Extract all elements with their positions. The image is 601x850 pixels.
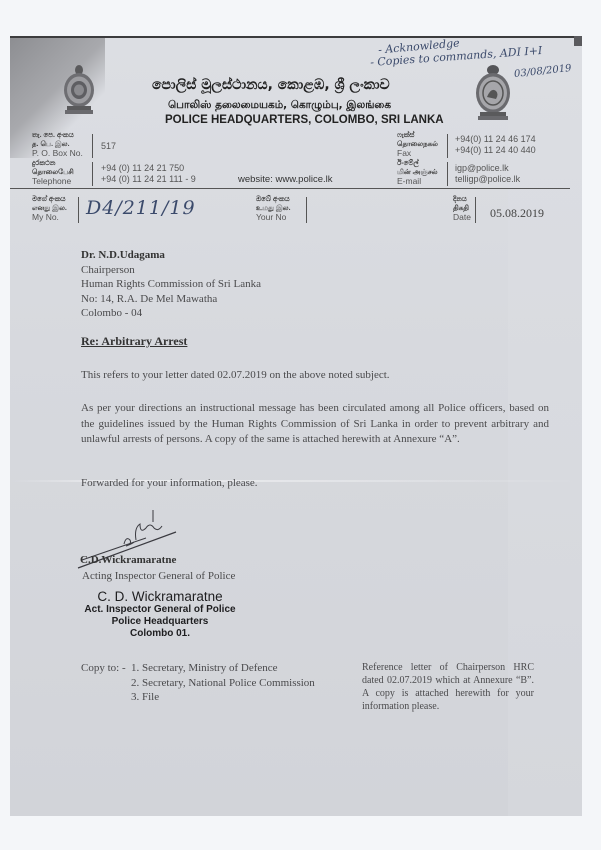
bracket xyxy=(78,197,79,223)
annexure-b-note: Reference letter of Chairperson HRC date… xyxy=(362,661,534,713)
bracket xyxy=(447,162,448,186)
recipient-address: Dr. N.D.Udagama Chairperson Human Rights… xyxy=(81,248,261,321)
title-sinhala: පොලිස් මූලස්ථානය, කොළඹ, ශ්‍රී ලංකාව xyxy=(152,77,390,93)
my-no-label: මගේ අංකය எனது இல. My No. xyxy=(32,196,67,222)
telephone-label: දුරකථන தொலைபேசி Telephone xyxy=(32,160,74,186)
recipient-name: Dr. N.D.Udagama xyxy=(81,248,261,263)
body-paragraph-3: Forwarded for your information, please. xyxy=(81,476,258,492)
bracket xyxy=(92,162,93,186)
fax-values: +94(0) 11 24 46 174 +94(0) 11 24 40 440 xyxy=(455,134,536,155)
email-values: igp@police.lk telligp@police.lk xyxy=(455,163,520,184)
copy-to-label: Copy to: - xyxy=(81,661,126,676)
copy-to-item: 3. File xyxy=(131,690,315,705)
signatory-name: C.D.Wickramaratne xyxy=(80,553,176,569)
my-no-value: D4/211/19 xyxy=(86,197,196,219)
subject-line: Re: Arbitrary Arrest xyxy=(81,334,187,349)
sheet-corner xyxy=(574,36,582,46)
bracket xyxy=(92,134,93,158)
title-tamil: பொலிஸ் தலைமையகம், கொழும்பு, இலங்கை xyxy=(168,99,391,112)
header-divider xyxy=(10,188,570,189)
signatory-title: Acting Inspector General of Police xyxy=(82,569,235,585)
copy-to-item: 2. Secretary, National Police Commission xyxy=(131,676,315,691)
body-paragraph-2: As per your directions an instructional … xyxy=(81,401,549,448)
bracket xyxy=(447,134,448,158)
po-box-value: 517 xyxy=(101,141,116,152)
date-value: 05.08.2019 xyxy=(490,206,544,221)
email-label: ඊ-මේල් மின் அஞ்சல் E-mail xyxy=(397,160,438,186)
title-english: POLICE HEADQUARTERS, COLOMBO, SRI LANKA xyxy=(165,114,444,126)
bracket xyxy=(475,197,476,223)
copy-to-item: 1. Secretary, Ministry of Defence xyxy=(131,661,315,676)
website-link[interactable]: website: www.police.lk xyxy=(238,175,333,186)
date-label: දිනය திகதி Date xyxy=(453,196,471,222)
sri-lanka-emblem-icon xyxy=(62,64,96,116)
bracket xyxy=(306,197,307,223)
telephone-values: +94 (0) 11 24 21 750 +94 (0) 11 24 21 11… xyxy=(101,163,196,184)
body-paragraph-1: This refers to your letter dated 02.07.2… xyxy=(81,368,390,384)
official-stamp: C. D. Wickramaratne Act. Inspector Gener… xyxy=(80,589,240,640)
fax-label: ෆැක්ස් தொலைநகல் Fax xyxy=(397,132,438,158)
copy-to-list: 1. Secretary, Ministry of Defence 2. Sec… xyxy=(131,661,315,705)
your-no-label: ඔබේ අංකය உமது இல. Your No xyxy=(256,196,291,222)
police-crest-icon xyxy=(474,64,512,122)
po-box-label: තැ. පෙ. අංකය த. பெ. இல. P. O. Box No. xyxy=(32,132,83,158)
